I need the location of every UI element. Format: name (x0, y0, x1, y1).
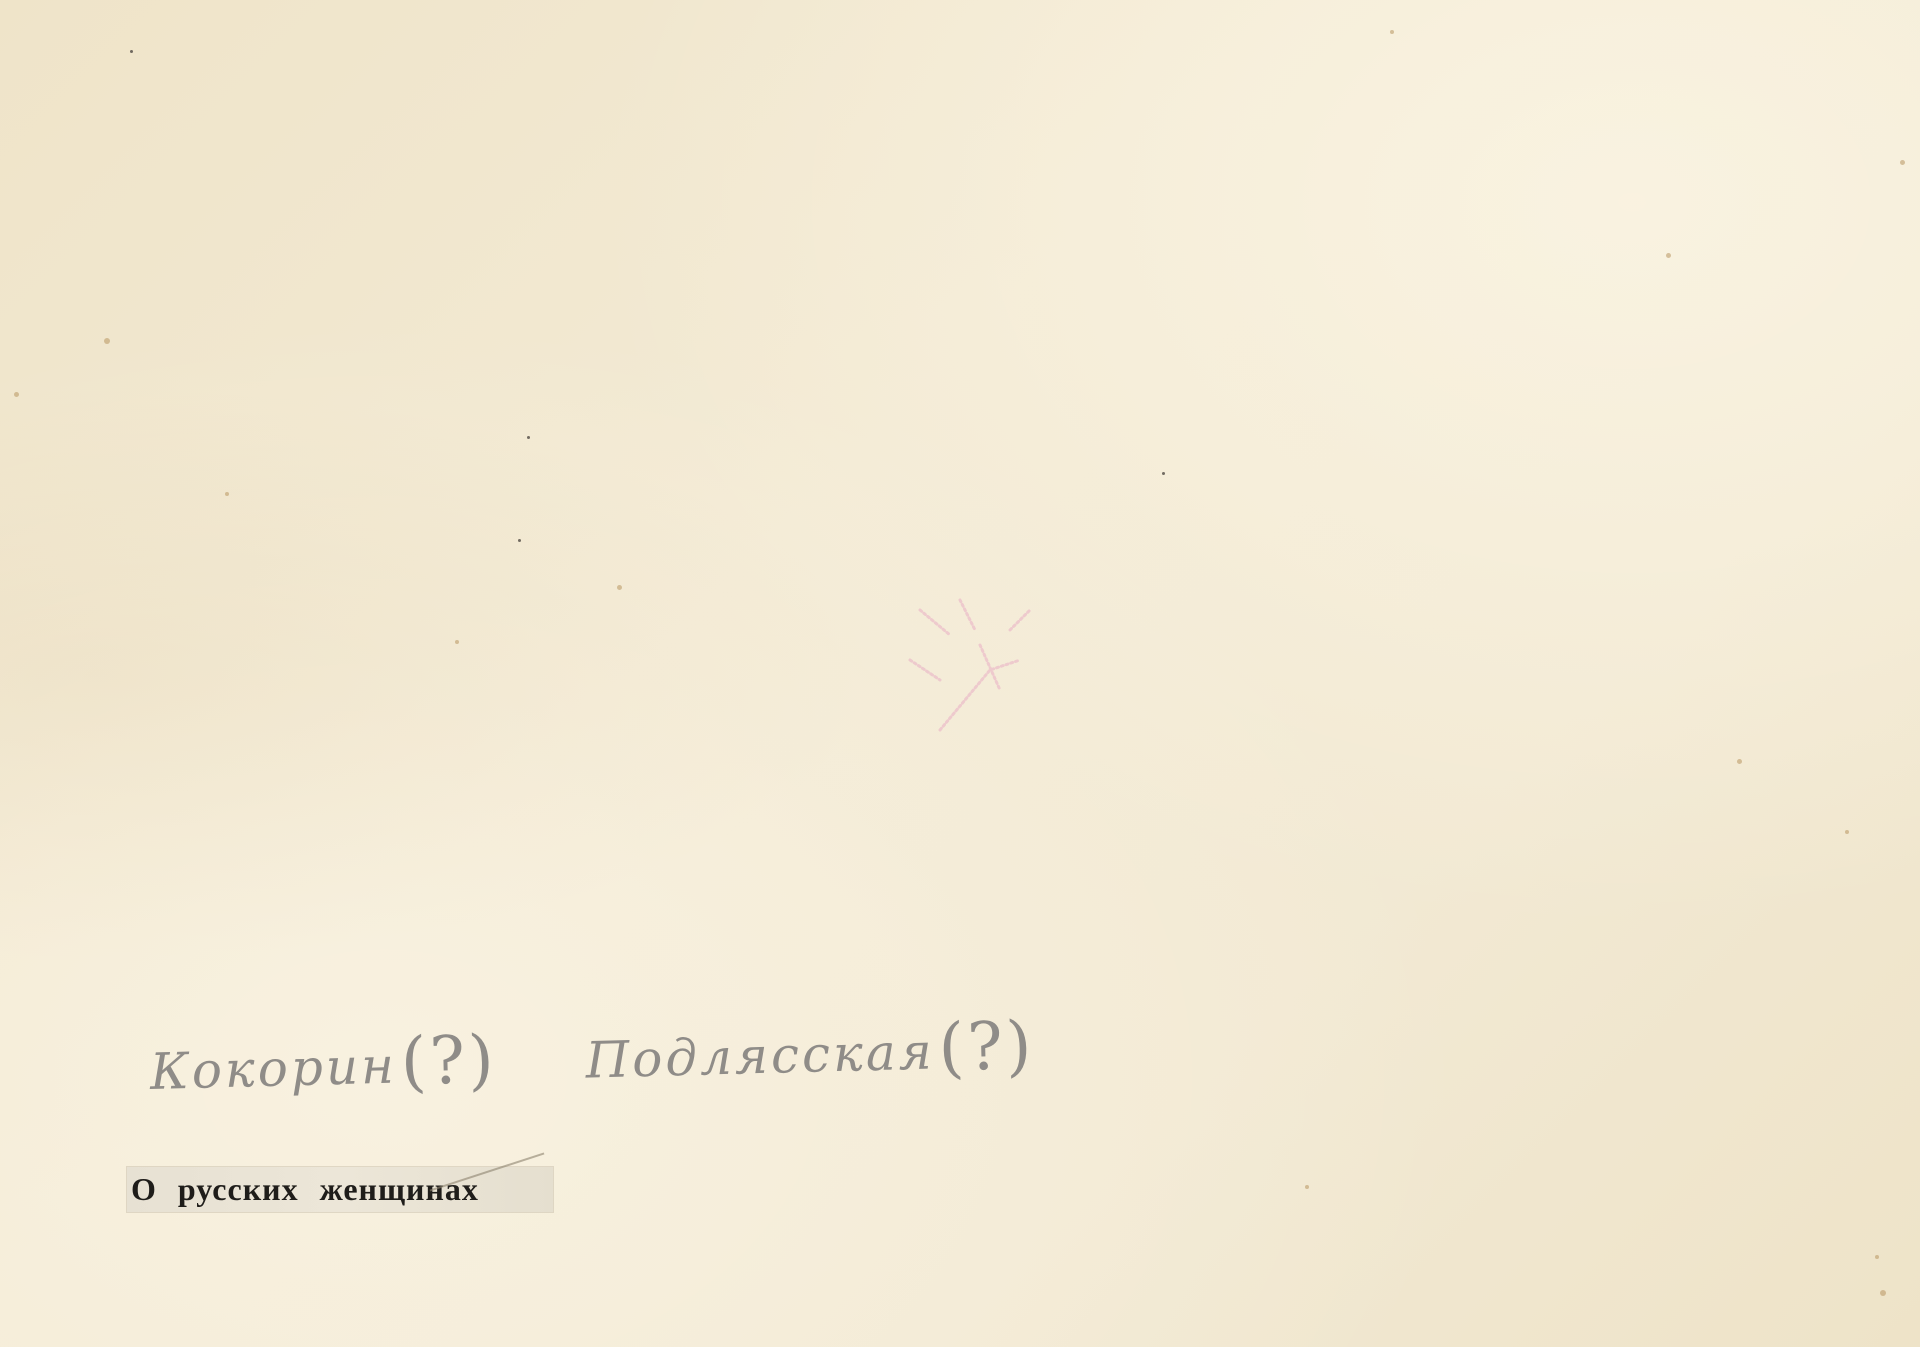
foxing-speck (1737, 759, 1742, 764)
foxing-speck (617, 585, 622, 590)
dust-speck (518, 539, 521, 542)
handwritten-name-2: Подлясская (585, 1022, 936, 1089)
stamp-smudge-icon (880, 590, 1050, 740)
foxing-speck (1845, 830, 1849, 834)
foxing-speck (1666, 253, 1671, 258)
paper-crease (0, 0, 42, 12)
foxing-speck (455, 640, 459, 644)
handwritten-name-1: Кокорин (149, 1037, 397, 1101)
foxing-speck (1390, 30, 1394, 34)
foxing-speck (1305, 1185, 1309, 1189)
printed-label-text: О русских женщинах (131, 1171, 479, 1208)
dust-speck (1162, 472, 1165, 475)
handwritten-notes: Кокорин(?) Подлясская(?) (149, 1007, 1045, 1107)
foxing-speck (1900, 160, 1905, 165)
foxing-speck (14, 392, 19, 397)
card-back: Кокорин(?) Подлясская(?) О русских женщи… (0, 0, 1920, 1347)
uncertainty-mark-2: (?) (938, 1007, 1036, 1086)
foxing-speck (225, 492, 229, 496)
uncertainty-mark-1: (?) (400, 1021, 498, 1100)
printed-label: О русских женщинах (127, 1167, 553, 1212)
foxing-speck (104, 338, 110, 344)
foxing-speck (1880, 1290, 1886, 1296)
foxing-speck (1875, 1255, 1879, 1259)
dust-speck (527, 436, 530, 439)
dust-speck (130, 50, 133, 53)
